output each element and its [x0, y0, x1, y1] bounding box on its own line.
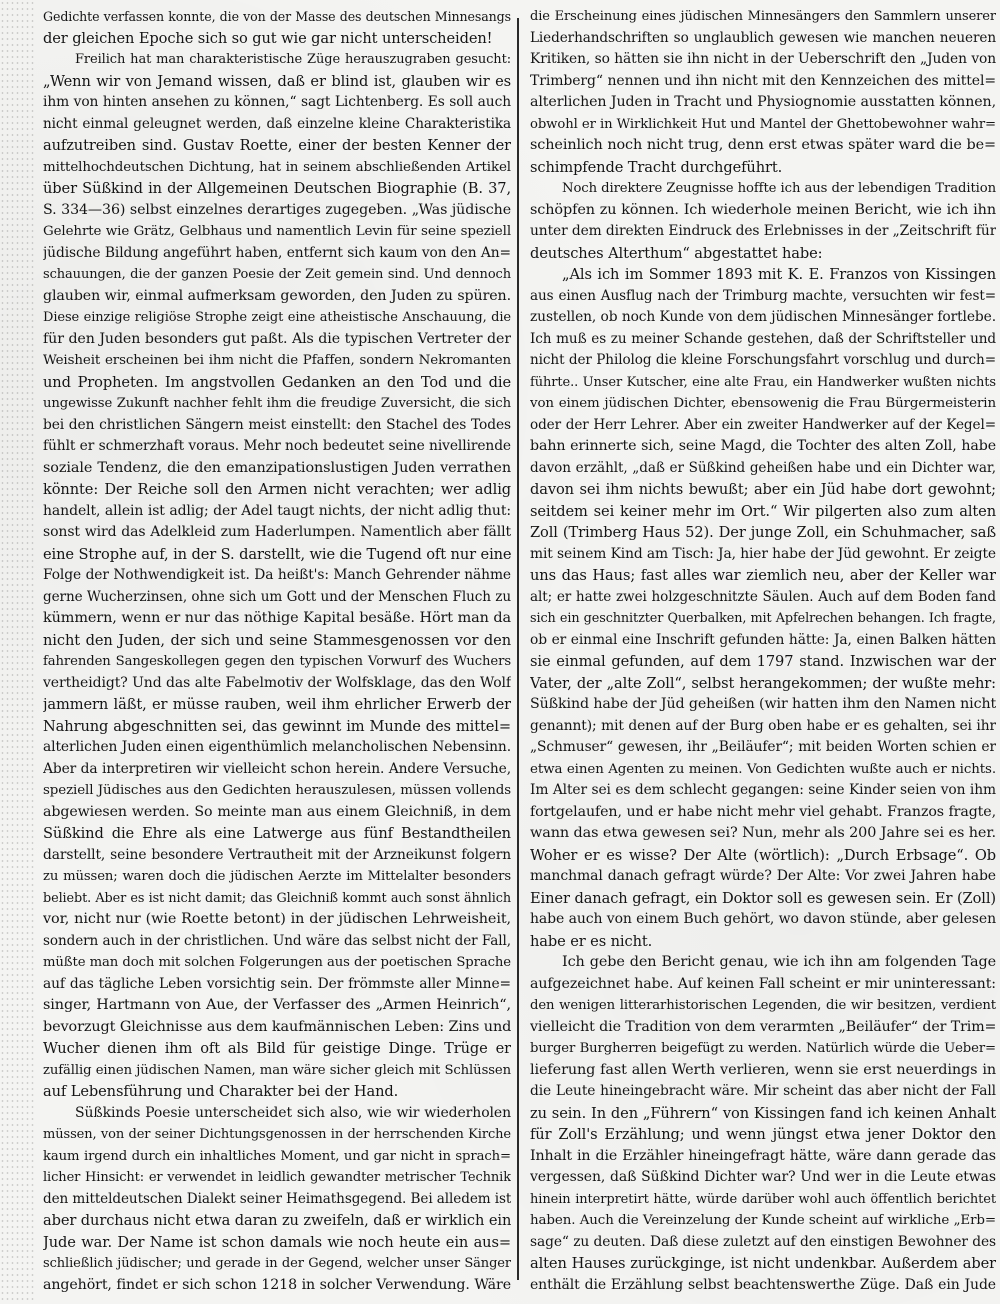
text-line: sonst wird das Adelkleid zum Haderlumpen… [43, 522, 511, 544]
text-line: glauben wir, einmal aufmerksam geworden,… [43, 286, 511, 308]
text-line: vergessen, daß Süßkind Dichter war? Und … [530, 1167, 996, 1189]
text-line: ihm von hinten ansehen zu können,“ sagt … [43, 92, 511, 114]
text-line: und Propheten. Im angstvollen Gedanken a… [43, 372, 511, 394]
text-line: wann das etwa gewesen sei? Nun, mehr als… [530, 823, 996, 845]
text-line: Süßkind habe der Jüd geheißen (wir hatte… [530, 694, 996, 716]
text-line: sie einmal gefunden, auf dem 1797 stand.… [530, 651, 996, 673]
text-line: seitdem sei keiner mehr im Ort.“ Wir pil… [530, 501, 996, 523]
text-line: jammern läßt, er müsse rauben, weil ihm … [43, 694, 511, 716]
text-line: darstellt, seine besondere Vertrautheit … [43, 845, 511, 867]
text-line: Weisheit erscheinen bei ihm nicht die Pf… [43, 350, 511, 372]
text-line: Folge der Nothwendigkeit ist. Da heißt's… [43, 565, 511, 587]
text-line: Ich gebe den Bericht genau, wie ich ihn … [530, 952, 996, 974]
text-line: Diese einzige religiöse Strophe zeigt ei… [43, 307, 511, 329]
text-line: Zoll (Trimberg Haus 52). Der junge Zoll,… [530, 522, 996, 544]
text-line: fühlt er schmerzhaft voraus. Mehr noch b… [43, 436, 511, 458]
text-line: habe auch von einem Buch gehört, wo davo… [530, 909, 996, 931]
text-line: vor, nicht nur (wie Roette betont) in de… [43, 909, 511, 931]
text-line: scheinlich noch nicht trug, denn erst et… [530, 135, 996, 157]
text-line: zustellen, ob noch Kunde von dem jüdisch… [530, 307, 996, 329]
text-line: auf das tägliche Leben vorsichtig sein. … [43, 974, 511, 996]
text-line: ob er einmal eine Inschrift gefunden hät… [530, 630, 996, 652]
text-line: „Schmuser“ gewesen, ihr „Beiläufer“; mit… [530, 737, 996, 759]
text-line: vielleicht die Tradition von dem verarmt… [530, 1017, 996, 1039]
text-line: alterlichen Juden in Tracht und Physiogn… [530, 92, 996, 114]
text-line: müssen, von der seiner Dichtungsgenossen… [43, 1124, 511, 1146]
text-line: genannt); mit denen auf der Burg oben ha… [530, 716, 996, 738]
text-line: Süßkind die Ehre als eine Latwerge aus f… [43, 823, 511, 845]
text-line: für Zoll's Erzählung; und wenn jüngst et… [530, 1124, 996, 1146]
text-line: speziell Jüdisches aus den Gedichten her… [43, 780, 511, 802]
text-line: sich ein geschnitzter Querbalken, mit Ap… [530, 608, 996, 630]
text-line: bahn erinnerte sich, seine Magd, die Toc… [530, 436, 996, 458]
text-line: licher Hinsicht: er verwendet in leidlic… [43, 1167, 511, 1189]
text-line: nicht den Juden, der sich und seine Stam… [43, 630, 511, 652]
text-line: etwa einen Agenten zu meinen. Von Gedich… [530, 759, 996, 781]
text-column-right: die Erscheinung eines jüdischen Minnesän… [530, 6, 996, 1296]
text-line: Süßkinds Poesie unterscheidet sich also,… [43, 1103, 511, 1125]
text-line: „Wenn wir von Jemand wissen, daß er blin… [43, 71, 511, 93]
text-line: aufzutreiben sind. Gustav Roette, einer … [43, 135, 511, 157]
text-line: Gedichte verfassen konnte, die von der M… [43, 6, 511, 28]
text-line: aufgezeichnet habe. Auf keinen Fall sche… [530, 974, 996, 996]
text-line: unter dem direkten Eindruck des Erlebnis… [530, 221, 996, 243]
text-line: Noch direktere Zeugnisse hoffte ich aus … [530, 178, 996, 200]
text-line: lieferung fast allen Werth verlieren, we… [530, 1060, 996, 1082]
text-line: fahrenden Sangeskollegen gegen den typis… [43, 651, 511, 673]
text-line: müßte man doch mit solchen Folgerungen a… [43, 952, 511, 974]
text-line: nicht der Philolog die kleine Forschungs… [530, 350, 996, 372]
text-line: soziale Tendenz, die den emanzipationslu… [43, 458, 511, 480]
text-line: uns das Haus; fast alles war ziemlich ne… [530, 565, 996, 587]
text-line: für den Juden besonders gut paßt. Als di… [43, 329, 511, 351]
text-line: kaum irgend durch ein inhaltliches Momen… [43, 1146, 511, 1168]
text-line: zufällig einen jüdischen Namen, man wäre… [43, 1060, 511, 1082]
text-line: Inhalt in die Erzähler hineingefragt hät… [530, 1146, 996, 1168]
text-line: Freilich hat man charakteristische Züge … [43, 49, 511, 71]
text-line: davon erzählt, „daß er Süßkind geheißen … [530, 458, 996, 480]
text-line: aber durchaus nicht etwa daran zu zweife… [43, 1210, 511, 1232]
text-line: den wenigen litterarhistorischen Legende… [530, 995, 996, 1017]
text-line: schauungen, die der ganzen Poesie der Ze… [43, 264, 511, 286]
text-line: manchmal danach gefragt würde? Der Alte:… [530, 866, 996, 888]
text-line: vertheidigt? Und das alte Fabelmotiv der… [43, 673, 511, 695]
text-line: Vater, der „alte Zoll“, selbst herangeko… [530, 673, 996, 695]
text-line: den mitteldeutschen Dialekt seiner Heima… [43, 1189, 511, 1211]
text-line: deutsches Alterthum“ abgestattet habe: [530, 243, 996, 265]
text-line: S. 334—36) selbst einzelnes derartiges z… [43, 200, 511, 222]
text-line: alten Hauses zurückginge, ist nicht unde… [530, 1253, 996, 1275]
text-line: kümmern, wenn er nur das nöthige Kapital… [43, 608, 511, 630]
text-line: beliebt. Aber es ist nicht damit; das Gl… [43, 888, 511, 910]
text-line: führte.. Unser Kutscher, eine alte Frau,… [530, 372, 996, 394]
text-line: davon sei ihm nichts bewußt; aber ein Jü… [530, 479, 996, 501]
text-line: sage“ zu deuten. Daß diese zuletzt auf d… [530, 1232, 996, 1254]
text-line: zu sein. In den „Führern“ von Kissingen … [530, 1103, 996, 1125]
text-line: gerne Wucherzinsen, ohne sich um Gott un… [43, 587, 511, 609]
text-line: zu müssen; waren doch die jüdischen Aerz… [43, 866, 511, 888]
text-line: von einem jüdischen Dichter, ebensowenig… [530, 393, 996, 415]
text-line: hinein interpretirt hätte, würde darüber… [530, 1189, 996, 1211]
scan-margin-noise [0, 0, 36, 1304]
text-line: bevorzugt Gleichnisse aus dem kaufmännis… [43, 1017, 511, 1039]
text-line: schimpfende Tracht durchgeführt. [530, 157, 996, 179]
text-line: Nahrung abgeschnitten sei, das gewinnt i… [43, 716, 511, 738]
text-line: eine Strophe auf, in der S. darstellt, w… [43, 544, 511, 566]
text-line: Woher er es wisse? Der Alte (wörtlich): … [530, 845, 996, 867]
text-line: schöpfen zu können. Ich wiederhole meine… [530, 200, 996, 222]
text-line: ungewisse Zukunft nachher fehlt ihm die … [43, 393, 511, 415]
text-column-left: Gedichte verfassen konnte, die von der M… [43, 6, 511, 1296]
text-line: „Als ich im Sommer 1893 mit K. E. Franzo… [530, 264, 996, 286]
text-line: fortgelaufen, und er habe nicht mehr vie… [530, 802, 996, 824]
text-line: angehört, findet er sich schon 1218 in s… [43, 1275, 511, 1297]
text-line: über Süßkind in der Allgemeinen Deutsche… [43, 178, 511, 200]
text-line: burger Burgherren beigefügt zu werden. N… [530, 1038, 996, 1060]
text-line: mit seinem Kind am Tisch: Ja, hier habe … [530, 544, 996, 566]
text-line: schließlich jüdischer; und gerade in der… [43, 1253, 511, 1275]
text-line: Einer danach gefragt, ein Doktor soll es… [530, 888, 996, 910]
text-line: abgewiesen werden. So meinte man aus ein… [43, 802, 511, 824]
text-line: der gleichen Epoche sich so gut wie gar … [43, 28, 511, 50]
text-line: auf Lebensführung und Charakter bei der … [43, 1081, 511, 1103]
newspaper-page: Gedichte verfassen konnte, die von der M… [0, 0, 1000, 1304]
text-line: Wucher dienen ihm oft als Bild für geist… [43, 1038, 511, 1060]
text-line: Im Alter sei es dem schlecht gegangen: s… [530, 780, 996, 802]
text-line: oder der Herr Lehrer. Aber ein zweiter H… [530, 415, 996, 437]
text-line: jüdische Bildung angeführt haben, entfer… [43, 243, 511, 265]
text-line: alt; er hatte zwei holzgeschnitzte Säule… [530, 587, 996, 609]
text-line: alterlichen Juden einen eigenthümlich me… [43, 737, 511, 759]
text-line: Liederhandschriften so unglaublich gewes… [530, 28, 996, 50]
text-line: nicht einmal geleugnet werden, daß einze… [43, 114, 511, 136]
text-line: singer, Hartmann von Aue, der Verfasser … [43, 995, 511, 1017]
text-line: könnte: Der Reiche soll den Armen nicht … [43, 479, 511, 501]
text-line: enthält die Erzählung selbst beachtenswe… [530, 1275, 996, 1297]
text-line: Trimberg“ nennen und ihn nicht mit den K… [530, 71, 996, 93]
text-line: habe er es nicht. [530, 931, 996, 953]
text-line: mittelhochdeutschen Dichtung, hat in sei… [43, 157, 511, 179]
text-line: bei den christlichen Sängern meist einst… [43, 415, 511, 437]
text-line: Kritiken, so hätten sie ihn nicht in der… [530, 49, 996, 71]
text-line: obwohl er in Wirklichkeit Hut und Mantel… [530, 114, 996, 136]
text-line: aus einen Ausflug nach der Trimburg mach… [530, 286, 996, 308]
text-line: die Erscheinung eines jüdischen Minnesän… [530, 6, 996, 28]
column-divider [517, 18, 519, 1280]
text-line: Aber da interpretiren wir vielleicht sch… [43, 759, 511, 781]
text-line: Jude war. Der Name ist schon damals wie … [43, 1232, 511, 1254]
text-line: haben. Auch die Vereinzelung der Kunde s… [530, 1210, 996, 1232]
text-line: Ich muß es zu meiner Schande gestehen, d… [530, 329, 996, 351]
text-line: Gelehrte wie Grätz, Gelbhaus und namentl… [43, 221, 511, 243]
text-line: handelt, allein ist adlig; der Adel taug… [43, 501, 511, 523]
text-line: die Leute hineingebracht wäre. Mir schei… [530, 1081, 996, 1103]
text-line: sondern auch in der christlichen. Und wä… [43, 931, 511, 953]
